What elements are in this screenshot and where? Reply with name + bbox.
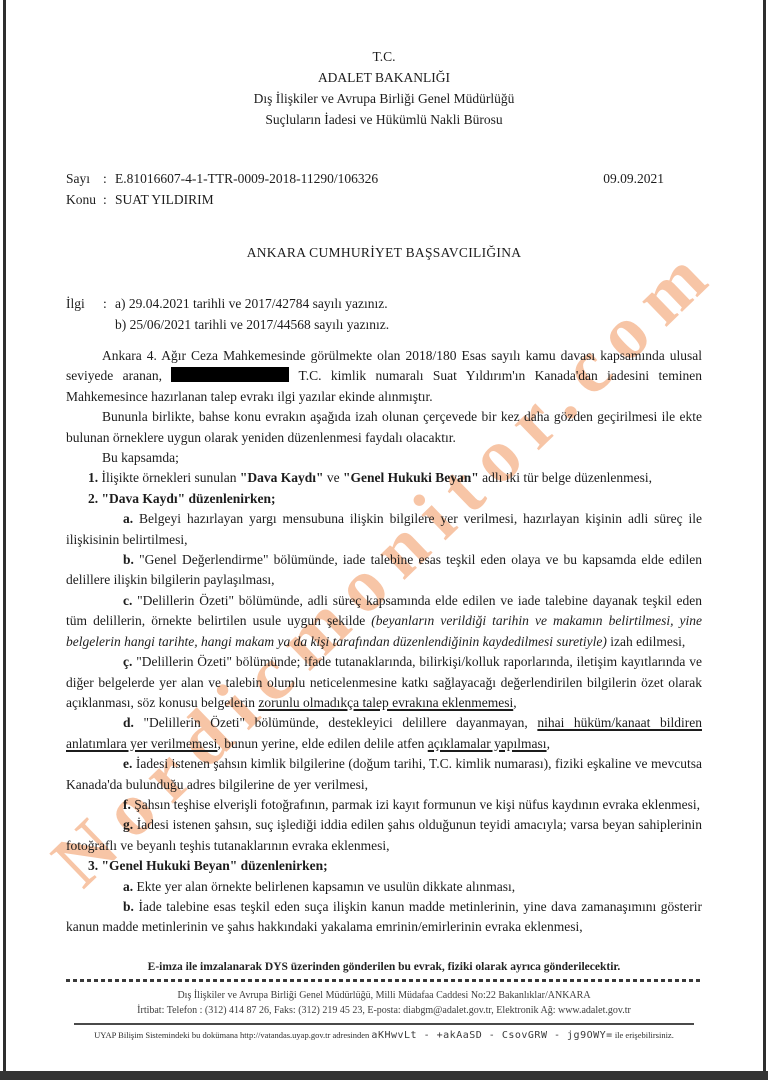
- double-rule-divider: [74, 1023, 694, 1026]
- text-run: İadesi istenen şahsın, suç işlediği iddi…: [66, 817, 702, 852]
- text-run: a.: [123, 879, 137, 894]
- letterhead: T.C. ADALET BAKANLIĞI Dış İlişkiler ve A…: [66, 46, 702, 130]
- text-run: Ekte yer alan örnekte belirlenen kapsamı…: [137, 879, 516, 894]
- footer-address: Dış İlişkiler ve Avrupa Birliği Genel Mü…: [66, 988, 702, 1003]
- text-run: zorunlu olmadıkça talep evrakına eklenme…: [258, 695, 513, 710]
- text-run: açıklamalar yapılması: [428, 736, 547, 751]
- text-run: Şahsın teşhise elverişli fotoğrafının, p…: [134, 797, 700, 812]
- text-run: "Genel Değerlendirme" bölümünde, iade ta…: [66, 552, 702, 587]
- letterhead-bureau: Suçluların İadesi ve Hükümlü Nakli Büros…: [66, 109, 702, 130]
- text-run: İadesi istenen şahsın kimlik bilgilerine…: [66, 756, 702, 791]
- text-run: b.: [123, 552, 139, 567]
- ilgi-colon: :: [103, 294, 115, 335]
- document-meta: Sayı : E.81016607-4-1-TTR-0009-2018-1129…: [66, 169, 702, 210]
- text-run: ç.: [123, 654, 136, 669]
- sayi-colon: :: [103, 169, 115, 190]
- text-run: Bununla birlikte, bahse konu evrakın aşa…: [66, 409, 702, 444]
- text-run: g.: [123, 817, 137, 832]
- text-run: c.: [123, 593, 137, 608]
- item-3: 3. "Genel Hukuki Beyan" düzenlenirken;: [66, 856, 702, 876]
- text-run: e.: [123, 756, 136, 771]
- item-2d: d. "Delillerin Özeti" bölümünde, destekl…: [66, 713, 702, 754]
- uyap-prefix: UYAP Bilişim Sistemindeki bu dokümana ht…: [94, 1030, 369, 1040]
- item-2e: e. İadesi istenen şahsın kimlik bilgiler…: [66, 754, 702, 795]
- item-2c2: ç. "Delillerin Özeti" bölümünde; ifade t…: [66, 652, 702, 713]
- text-run: ,: [547, 736, 550, 751]
- letterhead-tc: T.C.: [66, 46, 702, 67]
- ilgi-item-a: a) 29.04.2021 tarihli ve 2017/42784 sayı…: [115, 294, 389, 315]
- text-run: 1.: [88, 470, 102, 485]
- konu-value: SUAT YILDIRIM: [115, 190, 214, 211]
- item-1: 1. İlişikte örnekleri sunulan "Dava Kayd…: [66, 468, 702, 488]
- recipient-title: ANKARA CUMHURİYET BAŞSAVCILIĞINA: [66, 245, 702, 261]
- sayi-value: E.81016607-4-1-TTR-0009-2018-11290/10632…: [115, 169, 378, 190]
- item-2: 2. "Dava Kaydı" düzenlenirken;: [66, 489, 702, 509]
- intro-paragraph: Ankara 4. Ağır Ceza Mahkemesinde görülme…: [66, 346, 702, 407]
- text-run: ,: [513, 695, 516, 710]
- text-run: "Delillerin Özeti" bölümünde, destekleyi…: [143, 715, 537, 730]
- letterhead-ministry: ADALET BAKANLIĞI: [66, 67, 702, 88]
- revision-note-paragraph: Bununla birlikte, bahse konu evrakın aşa…: [66, 407, 702, 448]
- text-run: İade talebine esas teşkil eden suça iliş…: [66, 899, 702, 934]
- text-run: İlişikte örnekleri sunulan: [102, 470, 240, 485]
- document-page: Nordicmonitor.com T.C. ADALET BAKANLIĞI …: [0, 0, 768, 1080]
- document-content: T.C. ADALET BAKANLIĞI Dış İlişkiler ve A…: [66, 0, 702, 1041]
- text-run: Belgeyi hazırlayan yargı mensubuna ilişk…: [66, 511, 702, 546]
- item-2a: a. Belgeyi hazırlayan yargı mensubuna il…: [66, 509, 702, 550]
- reference-block: İlgi : a) 29.04.2021 tarihli ve 2017/427…: [66, 294, 702, 335]
- ilgi-label: İlgi: [66, 294, 103, 335]
- esign-note: E-imza ile imzalanarak DYS üzerinden gön…: [66, 961, 702, 973]
- konu-colon: :: [103, 190, 115, 211]
- scan-bottom-bar: [0, 1071, 768, 1080]
- item-3a: a. Ekte yer alan örnekte belirlenen kaps…: [66, 877, 702, 897]
- text-run: b.: [123, 899, 138, 914]
- uyap-access-line: UYAP Bilişim Sistemindeki bu dokümana ht…: [66, 1030, 702, 1041]
- uyap-codes: aKHwvLt - +akAaSD - CsovGRW - jg9OWY=: [371, 1030, 612, 1041]
- text-run: f.: [123, 797, 134, 812]
- item-2f: f. Şahsın teşhise elverişli fotoğrafının…: [66, 795, 702, 815]
- dashed-divider: [66, 979, 702, 982]
- letterhead-directorate: Dış İlişkiler ve Avrupa Birliği Genel Mü…: [66, 88, 702, 109]
- text-run: izah edilmesi,: [607, 634, 685, 649]
- scope-paragraph: Bu kapsamda;: [66, 448, 702, 468]
- konu-label: Konu: [66, 190, 103, 211]
- text-run: d.: [123, 715, 143, 730]
- redaction-box: [171, 367, 289, 382]
- text-run: Bu kapsamda;: [102, 450, 179, 465]
- text-run: "Dava Kaydı": [240, 470, 324, 485]
- text-run: adlı iki tür belge düzenlenmesi,: [479, 470, 652, 485]
- text-run: "Genel Hukuki Beyan": [343, 470, 479, 485]
- text-run: ve: [323, 470, 343, 485]
- text-run: 2. "Dava Kaydı" düzenlenirken;: [88, 491, 276, 506]
- item-3b: b. İade talebine esas teşkil eden suça i…: [66, 897, 702, 938]
- text-run: a.: [123, 511, 139, 526]
- footer-contact: İrtibat: Telefon : (312) 414 87 26, Faks…: [66, 1003, 702, 1018]
- item-2b: b. "Genel Değerlendirme" bölümünde, iade…: [66, 550, 702, 591]
- document-date: 09.09.2021: [603, 169, 664, 190]
- item-2g: g. İadesi istenen şahsın, suç işlediği i…: [66, 815, 702, 856]
- text-run: , bunun yerine, elde edilen delile atfen: [217, 736, 427, 751]
- uyap-suffix: ile erişebilirsiniz.: [615, 1030, 674, 1040]
- ilgi-item-b: b) 25/06/2021 tarihli ve 2017/44568 sayı…: [115, 315, 389, 336]
- body-text: Ankara 4. Ağır Ceza Mahkemesinde görülme…: [66, 346, 702, 938]
- konu-row: Konu : SUAT YILDIRIM: [66, 190, 702, 211]
- sayi-label: Sayı: [66, 169, 103, 190]
- item-2c: c. "Delillerin Özeti" bölümünde, adli sü…: [66, 591, 702, 652]
- text-run: 3. "Genel Hukuki Beyan" düzenlenirken;: [88, 858, 328, 873]
- ilgi-items: a) 29.04.2021 tarihli ve 2017/42784 sayı…: [115, 294, 389, 335]
